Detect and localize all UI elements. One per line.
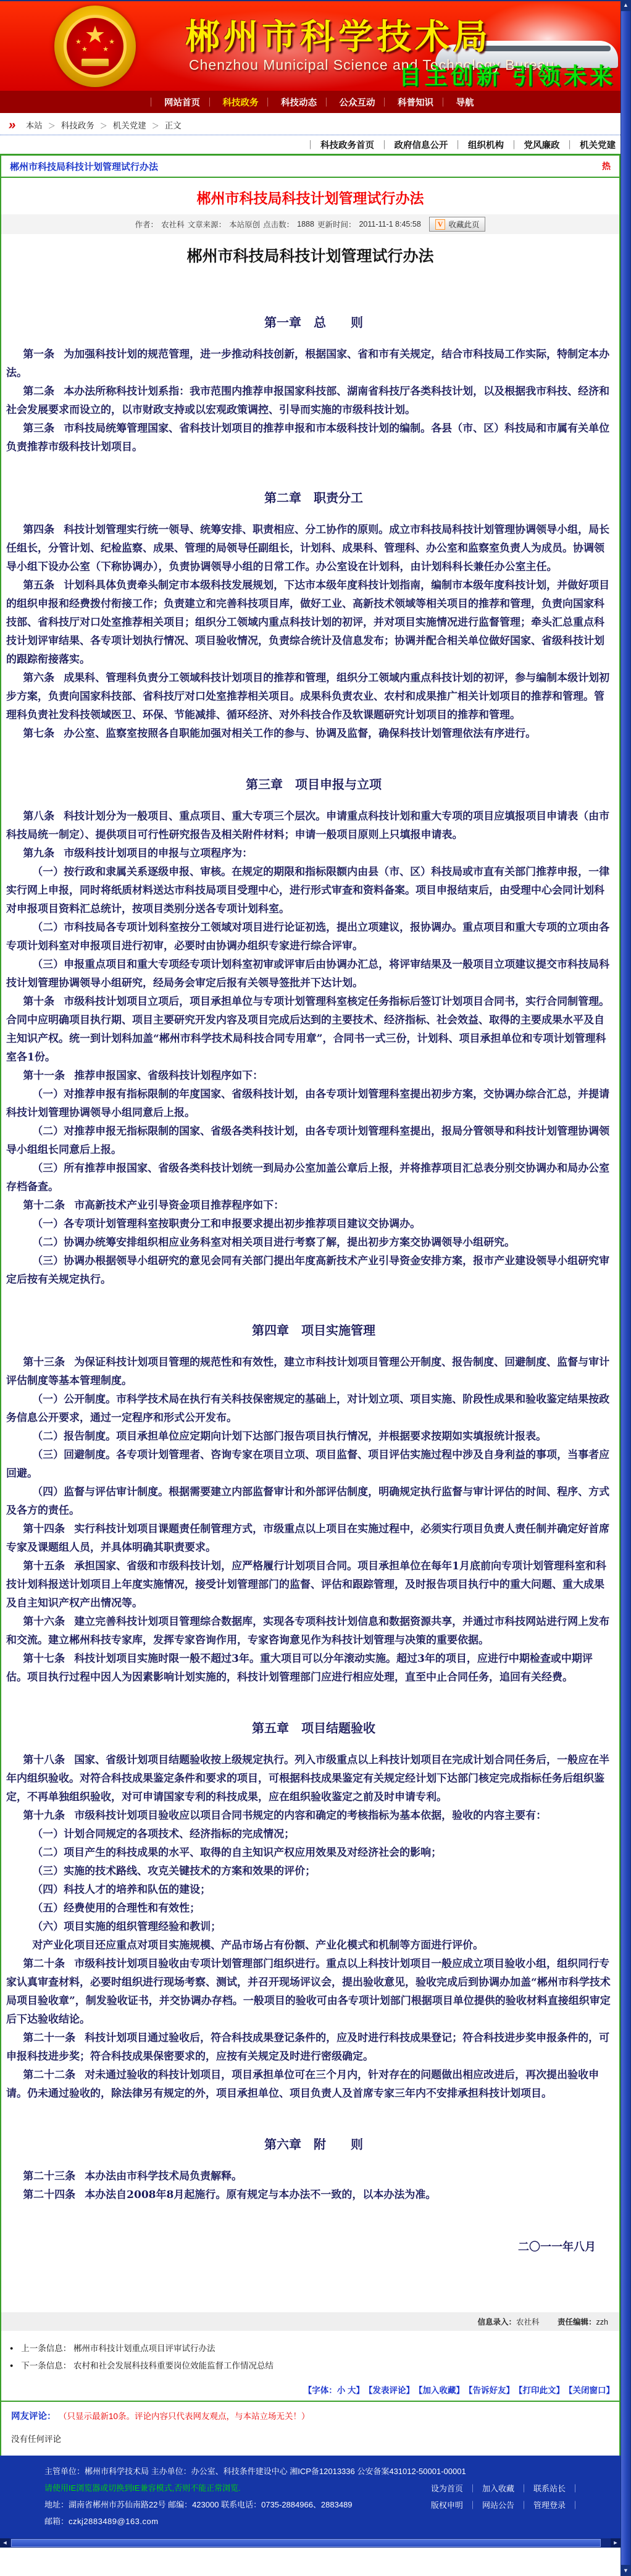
article-clause-number: 第十八条 bbox=[23, 1754, 65, 1766]
article-clause-number: 第二十条 bbox=[23, 1958, 65, 1970]
nav-item[interactable]: 网站首页 bbox=[144, 96, 203, 109]
article-block: （一）按行政和隶属关系逐级申报、审核。在规定的期限和指标限额内由县（市、区）科技… bbox=[6, 863, 612, 918]
footer-link[interactable]: 管理登录 bbox=[533, 2501, 585, 2510]
article-block: 第十九条市级科技计划项目验收应以项目合同书规定的内容和确定的考核指标为基本依据，… bbox=[6, 1806, 612, 1825]
article-block: （三）所有推荐申报国家、省级各类科技计划统一到局办公室加盖公章后上报，并将推荐项… bbox=[6, 1159, 612, 1196]
site-slogan: 自主创新 引领未来 bbox=[399, 57, 616, 91]
article-block: （二）市科技局各专项计划科室按分工领域对项目进行论证初选，提出立项建议，报协调办… bbox=[6, 918, 612, 955]
entry-value: 农社科 bbox=[516, 2318, 540, 2326]
article-block: 第四章 项目实施管理 bbox=[6, 1321, 612, 1340]
favorite-icon: V bbox=[435, 219, 446, 230]
article-clause-number: 第十一条 bbox=[23, 1070, 65, 1082]
action-link[interactable]: 【加入收藏】 bbox=[414, 2383, 464, 2396]
section-nav-item[interactable]: 科技政务首页 bbox=[301, 138, 375, 151]
article-block: 第二十三条本办法由市科学技术局负责解释。 bbox=[6, 2167, 612, 2186]
hot-badge: 热 bbox=[602, 160, 611, 172]
national-emblem-icon: ★ ★ ★ ★ ★ bbox=[54, 6, 136, 87]
article-list-title[interactable]: 郴州市科技局科技计划管理试行办法 bbox=[10, 160, 158, 173]
article-clause-text: 市级科技计划项目的申报与立项程序为： bbox=[64, 847, 253, 860]
article-block: （二）协调办统筹安排组织相应业务科室对相关项目进行考察了解，提出初步方案交协调领… bbox=[6, 1233, 612, 1252]
prev-next-label: 上一条信息： bbox=[21, 2344, 71, 2353]
article-clause-text: 成果科、管理科负责分工领域科技计划项目的推荐和管理，组织分工领域内重点科技计划的… bbox=[6, 672, 609, 721]
action-bar: 【字体：小 大】【发表评论】【加入收藏】【告诉好友】【打印此文】【关闭窗口】 bbox=[1, 2378, 619, 2402]
article-block: 第十一条推荐申报国家、省级科技计划程序如下： bbox=[6, 1067, 612, 1085]
article-clause-text: （四）科技人才的培养和队伍的建设； bbox=[32, 1884, 211, 1896]
vertical-scrollbar[interactable]: ▲ ▼ bbox=[621, 0, 631, 2576]
clicks-label: 点击数： bbox=[263, 219, 294, 230]
article-clause-text: （三）实施的技术路线、攻克关键技术的方案和效果的评价； bbox=[32, 1865, 315, 1877]
scroll-left-icon[interactable]: ◄ bbox=[0, 2538, 10, 2548]
article-clause-text: （六）项目实施的组织管理经验和教训； bbox=[32, 1921, 221, 1933]
article-clause-text: 推荐申报国家、省级科技计划程序如下： bbox=[74, 1070, 263, 1082]
article-clause-text: 第六章 附 则 bbox=[264, 2137, 363, 2152]
article-block: （一）对推荐申报有指标限制的年度国家、省级科技计划，由各专项计划管理科室提出初步… bbox=[6, 1085, 612, 1122]
prev-next-list: ● 上一条信息： 郴州市科技计划重点项目评审试行办法 ● 下一条信息： 农村和社… bbox=[1, 2331, 619, 2378]
article-clause-text: （三）申报重点项目和重大专项经专项计划科室初审或评审后由协调办汇总，将评审结果及… bbox=[6, 959, 609, 989]
article-block: 第十四条实行科技计划项目课题责任制管理方式，市级重点以上项目在实施过程中，必须实… bbox=[6, 1520, 612, 1557]
article-clause-text: （二）报告制度。项目承担单位应定期向计划下达部门报告项目执行情况，并根据要求按期… bbox=[32, 1430, 546, 1443]
article-block: 第十八条国家、省级计划项目结题验收按上级规定执行。列入市级重点以上科技计划项目在… bbox=[6, 1751, 612, 1806]
article-clause-text: 第五章 项目结题验收 bbox=[252, 1721, 375, 1735]
article-clause-text: 本办法由市科学技术局负责解释。 bbox=[85, 2170, 242, 2183]
site-title: 郴州市科学技术局 bbox=[185, 10, 491, 59]
article-clause-number: 第八条 bbox=[23, 810, 54, 823]
favorite-label: 收藏此页 bbox=[448, 219, 479, 230]
action-link[interactable]: 【字体：小 大】 bbox=[304, 2383, 364, 2396]
bullet-icon: ● bbox=[10, 2345, 13, 2351]
updated-value: 2011-11-1 8:45:58 bbox=[359, 220, 420, 229]
article-clause-text: （一）公开制度。市科学技术局在执行有关科技保密规定的基础上，对计划立项、项目实施… bbox=[6, 1393, 609, 1424]
scroll-up-icon[interactable]: ▲ bbox=[621, 0, 631, 10]
article-block: 第五章 项目结题验收 bbox=[6, 1719, 612, 1737]
article-clause-text: （二）市科技局各专项计划科室按分工领域对项目进行论证初选，提出立项建议，报协调办… bbox=[6, 921, 609, 952]
article-body: 第一章 总 则 第一条为加强科技计划的规范管理，进一步推动科技创新，根据国家、省… bbox=[1, 270, 619, 2257]
article-clause-text: （三）回避制度。各专项计划管理者、咨询专家在项目立项、项目监督、项目评估实施过程… bbox=[6, 1449, 609, 1480]
article-clause-text: （四）监督与评估审计制度。根据需要建立内部监督审计和外部评估制度，明确规定执行监… bbox=[6, 1486, 609, 1517]
comments-title: 网友评论： bbox=[11, 2412, 56, 2422]
article-block: 第八条科技计划分为一般项目、重点项目、重大专项三个层次。申请重点科技计划和重大专… bbox=[6, 807, 612, 844]
section-nav-item[interactable]: 机关党建 bbox=[560, 138, 616, 151]
article-clause-number: 第十五条 bbox=[23, 1560, 65, 1572]
article-clause-text: 第二章 职责分工 bbox=[264, 490, 363, 505]
article-block: 第二十二条对未通过验收的科技计划项目，项目承担单位可在三个月内，针对存在的问题做… bbox=[6, 2066, 612, 2103]
breadcrumb-item[interactable]: 正文 bbox=[146, 119, 182, 131]
emblem-gate bbox=[81, 59, 109, 66]
article-clause-text: 办公室、监察室按照各自职能加强对相关工作的参与、协调及监督，确保科技计划管理依法… bbox=[64, 728, 536, 740]
footer-link[interactable]: 加入收藏 bbox=[482, 2484, 533, 2493]
article-clause-text: 国家、省级计划项目结题验收按上级规定执行。列入市级重点以上科技计划项目在完成计划… bbox=[6, 1754, 609, 1803]
article-clause-number: 第二十二条 bbox=[23, 2069, 75, 2081]
action-link[interactable]: 【发表评论】 bbox=[364, 2383, 414, 2396]
article-block: （三）实施的技术路线、攻克关键技术的方案和效果的评价； bbox=[6, 1862, 612, 1881]
comments-empty: 没有任何评论 bbox=[11, 2432, 609, 2444]
article-block: 第七条办公室、监察室按照各自职能加强对相关工作的参与、协调及监督，确保科技计划管… bbox=[6, 724, 612, 743]
article-clause-text: 科技计划管理实行统一领导、统筹安排、职责相应、分工协作的原则。成立市科技局科技计… bbox=[6, 524, 609, 573]
article-clause-text: 科技计划项目通过验收后，符合科技成果登记条件的，应及时进行科技成果登记；符合科技… bbox=[6, 2032, 609, 2063]
article-clause-text: 第一章 总 则 bbox=[264, 315, 363, 330]
article-block: （三）回避制度。各专项计划管理者、咨询专家在项目立项、项目监督、项目评估实施过程… bbox=[6, 1446, 612, 1483]
article-clause-text: （三）协调办根据领导小组研究的意见会同有关部门提出年度高新技术产业引导资金安排方… bbox=[6, 1255, 609, 1286]
article-clause-text: 对未通过验收的科技计划项目，项目承担单位可在三个月内，针对存在的问题做出相应改进… bbox=[6, 2069, 599, 2100]
article-clause-text: 为加强科技计划的规范管理，进一步推动科技创新，根据国家、省和市有关规定，结合市科… bbox=[6, 348, 609, 379]
breadcrumb-items: 本站科技政务机关党建正文 bbox=[26, 119, 182, 131]
emblem-star-icon: ★ bbox=[85, 23, 106, 47]
article-block: 第十二条市高新技术产业引导资金项目推荐程序如下： bbox=[6, 1196, 612, 1215]
comments-section: 网友评论： （只显示最新10条。评论内容只代表网友观点，与本站立场无关！） 没有… bbox=[1, 2402, 619, 2456]
prev-next-label: 下一条信息： bbox=[21, 2361, 71, 2370]
article-block: 第六章 附 则 bbox=[6, 2135, 612, 2154]
emblem-star-icon: ★ bbox=[81, 46, 88, 53]
article-clause-text: 市级科技计划项目验收由专项计划管理部门组织进行。重点以上科技计划项目一般应成立项… bbox=[6, 1958, 611, 2026]
article-block: 第十七条科技计划项目实施时限一般不超过3年。重大项目可以分年滚动实施。超过3年的… bbox=[6, 1650, 612, 1687]
vertical-scrollbar-thumb[interactable] bbox=[621, 10, 631, 2566]
section-nav-item[interactable]: 党风廉政 bbox=[504, 138, 560, 151]
article-block: 第十三条为保证科技计划项目管理的规范性和有效性，建立市科技计划项目管理公开制度、… bbox=[6, 1353, 612, 1390]
document-title: 郴州市科技局科技计划管理试行办法 bbox=[1, 234, 619, 270]
emblem-star-icon: ★ bbox=[109, 39, 115, 46]
article-clause-text: （三）所有推荐申报国家、省级各类科技计划统一到局办公室加盖公章后上报，并将推荐项… bbox=[6, 1162, 609, 1193]
article-clause-text: （一）按行政和隶属关系逐级申报、审核。在规定的期限和指标限额内由县（市、区）科技… bbox=[6, 866, 609, 915]
article-block: 第二十四条本办法自2008年8月起施行。原有规定与本办法不一致的，以本办法为准。 bbox=[6, 2186, 612, 2204]
article-block: （六）项目实施的组织管理经验和教训； bbox=[6, 1918, 612, 1936]
bullet-icon: ● bbox=[10, 2362, 13, 2368]
author-value: 农社科 bbox=[161, 219, 185, 230]
article-block: 第一章 总 则 bbox=[6, 313, 612, 332]
article-title-bar: 郴州市科技局科技计划管理试行办法 热 bbox=[1, 156, 619, 178]
footer-link[interactable]: 版权申明 bbox=[431, 2501, 482, 2510]
article-clause-text: 为保证科技计划项目管理的规范性和有效性，建立市科技计划项目管理公开制度、报告制度… bbox=[6, 1356, 609, 1387]
article-clause-number: 第二十一条 bbox=[23, 2032, 75, 2044]
article-block: （三）协调办根据领导小组研究的意见会同有关部门提出年度高新技术产业引导资金安排方… bbox=[6, 1252, 612, 1289]
emblem-star-icon: ★ bbox=[102, 46, 109, 53]
article-clause-text: 科技计划项目实施时限一般不超过3年。重大项目可以分年滚动实施。超过3年的项目，应… bbox=[6, 1653, 593, 1684]
footer-link[interactable]: 联系站长 bbox=[533, 2484, 585, 2493]
emblem-star-icon: ★ bbox=[75, 39, 81, 46]
article-clause-number: 第三条 bbox=[23, 422, 54, 435]
article-block: 二〇一一年八月 bbox=[6, 2238, 612, 2257]
footer-link[interactable]: 设为首页 bbox=[431, 2484, 482, 2493]
article-meta: 作者：农社科 文章来源：本站原创 点击数：1888 更新时间：2011-11-1… bbox=[1, 214, 619, 234]
author-label: 作者： bbox=[135, 219, 159, 230]
article-clause-text: （二）协调办统筹安排组织相应业务科室对相关项目进行考察了解，提出初步方案交协调领… bbox=[32, 1236, 515, 1249]
article-clause-text: 二〇一一年八月 bbox=[518, 2241, 596, 2254]
article-clause-text: 承担国家、省级和市级科技计划，应严格履行计划项目合同。项目承担单位在每年1月底前… bbox=[6, 1560, 606, 1609]
article-clause-text: （五）经费使用的合理性和有效性； bbox=[32, 1902, 200, 1915]
article-block: 第三条市科技局统筹管理国家、省科技计划项目的推荐申报和市本级科技计划的编制。各县… bbox=[6, 419, 612, 456]
nav-item[interactable]: 科普知识 bbox=[378, 96, 437, 109]
footer-links: 设为首页加入收藏联系站长 版权申明网站公告管理登录 bbox=[431, 2480, 585, 2514]
article-clause-number: 第一条 bbox=[23, 348, 54, 361]
article-block: 第九条市级科技计划项目的申报与立项程序为： bbox=[6, 844, 612, 863]
main-nav: 网站首页 科技政务 科技动态 公众互动 科普知识 导航 bbox=[0, 91, 621, 113]
article-block: 第六条成果科、管理科负责分工领域科技计划项目的推荐和管理，组织分工领域内重点科技… bbox=[6, 669, 612, 724]
article-block: 第二十一条科技计划项目通过验收后，符合科技成果登记条件的，应及时进行科技成果登记… bbox=[6, 2029, 612, 2066]
article-clause-text: 市高新技术产业引导资金项目推荐程序如下： bbox=[74, 1199, 284, 1212]
article-clause-text: （一）对推荐申报有指标限制的年度国家、省级科技计划，由各专项计划管理科室提出初步… bbox=[6, 1088, 609, 1119]
clicks-value: 1888 bbox=[297, 220, 314, 229]
article-clause-text: 建立完善科技计划项目管理综合数据库，实现各专项科技计划信息和数据资源共享，并通过… bbox=[6, 1616, 609, 1647]
page: ▲ ▼ ★ ★ ★ ★ ★ 郴州市科学技术 bbox=[0, 0, 631, 2576]
nav-item[interactable]: 公众互动 bbox=[319, 96, 378, 109]
section-nav-item[interactable]: 政府信息公开 bbox=[374, 138, 448, 151]
footer-line1: 主管单位：郴州市科学技术局 主办单位：办公室、科技条件建设中心 湘ICP备120… bbox=[44, 2463, 621, 2480]
horizontal-scrollbar-thumb[interactable] bbox=[11, 2539, 601, 2547]
footer-link[interactable]: 网站公告 bbox=[482, 2501, 533, 2510]
action-link[interactable]: 【打印此文】 bbox=[514, 2383, 564, 2396]
article-clause-text: 计划科具体负责牵头制定市本级科技发展规划，下达市本级年度科技计划指南，编制市本级… bbox=[6, 579, 609, 666]
article-block: （一）公开制度。市科学技术局在执行有关科技保密规定的基础上，对计划立项、项目实施… bbox=[6, 1390, 612, 1427]
article-block: 第五条计划科具体负责牵头制定市本级科技发展规划，下达市本级年度科技计划指南，编制… bbox=[6, 576, 612, 669]
page-title: 郴州市科技局科技计划管理试行办法 bbox=[1, 178, 619, 214]
breadcrumb: » 本站科技政务机关党建正文 bbox=[0, 115, 621, 135]
article-block: （一）计划合同规定的各项技术、经济指标的完成情况； bbox=[6, 1825, 612, 1844]
footer-links-row2: 版权申明网站公告管理登录 bbox=[431, 2497, 585, 2514]
article-block: 第十五条承担国家、省级和市级科技计划，应严格履行计划项目合同。项目承担单位在每年… bbox=[6, 1557, 612, 1613]
prev-next-link[interactable]: 郴州市科技计划重点项目评审试行办法 bbox=[73, 2344, 215, 2353]
site-banner: ★ ★ ★ ★ ★ 郴州市科学技术局 Chenzhou Municipal Sc… bbox=[0, 1, 621, 91]
editor-strip: 信息录入：农社科 责任编辑：zzh bbox=[1, 2312, 619, 2331]
content-area: 郴州市科技局科技计划管理试行办法 热 郴州市科技局科技计划管理试行办法 作者：农… bbox=[0, 156, 621, 2456]
footer-links-row1: 设为首页加入收藏联系站长 bbox=[431, 2480, 585, 2497]
article-clause-number: 第二十三条 bbox=[23, 2170, 75, 2183]
article-block: 第一条为加强科技计划的规范管理，进一步推动科技创新，根据国家、省和市有关规定，结… bbox=[6, 345, 612, 382]
article-clause-text: （一）各专项计划管理科室按职责分工和申报要求提出初步推荐项目建议交协调办。 bbox=[32, 1218, 420, 1230]
article-clause-number: 第十九条 bbox=[23, 1810, 65, 1822]
breadcrumb-marker-icon: » bbox=[7, 119, 17, 132]
article-clause-number: 第十二条 bbox=[23, 1199, 65, 1212]
site-footer: 主管单位：郴州市科学技术局 主办单位：办公室、科技条件建设中心 湘ICP备120… bbox=[0, 2456, 621, 2538]
article-clause-text: 市级科技计划项目立项后，项目承担单位与专项计划管理科室核定任务指标后签订计划项目… bbox=[6, 996, 609, 1064]
prev-next-item[interactable]: ● 下一条信息： 农村和社会发展科技科重要岗位效能监督工作情况总结 bbox=[10, 2359, 611, 2371]
article-block: 对产业化项目还应重点对项目实施规模、产品市场占有份额、产业化模式和机制等方面进行… bbox=[6, 1936, 612, 1955]
article-clause-number: 第六条 bbox=[23, 672, 54, 684]
scroll-right-icon[interactable]: ► bbox=[611, 2538, 621, 2548]
article-block: 第二十条市级科技计划项目验收由专项计划管理部门组织进行。重点以上科技计划项目一般… bbox=[6, 1955, 612, 2029]
article-block: 第十条市级科技计划项目立项后，项目承担单位与专项计划管理科室核定任务指标后签订计… bbox=[6, 992, 612, 1067]
updated-label: 更新时间： bbox=[317, 219, 356, 230]
article-block: （三）申报重点项目和重大专项经专项计划科室初审或评审后由协调办汇总，将评审结果及… bbox=[6, 955, 612, 992]
article-block: 第四条科技计划管理实行统一领导、统筹安排、职责相应、分工协作的原则。成立市科技局… bbox=[6, 521, 612, 576]
article-clause-text: 科技计划分为一般项目、重点项目、重大专项三个层次。申请重点科技计划和重大专项的项… bbox=[6, 810, 609, 841]
breadcrumb-item[interactable]: 机关党建 bbox=[94, 119, 146, 131]
nav-item[interactable]: 导航 bbox=[436, 96, 477, 109]
source-value: 本站原创 bbox=[229, 219, 260, 230]
article-block: （五）经费使用的合理性和有效性； bbox=[6, 1899, 612, 1918]
article-clause-number: 第十条 bbox=[23, 996, 54, 1008]
article-clause-number: 第十三条 bbox=[23, 1356, 65, 1369]
action-link[interactable]: 【关闭窗口】 bbox=[564, 2383, 614, 2396]
article-clause-number: 第九条 bbox=[23, 847, 54, 860]
scroll-down-icon[interactable]: ▼ bbox=[621, 2566, 631, 2576]
article-block: 第二章 职责分工 bbox=[6, 489, 612, 507]
article-block: （二）对推荐申报无指标限制的国家、省级各类科技计划，由各专项计划管理科室提出，报… bbox=[6, 1122, 612, 1159]
emblem-inner: ★ ★ ★ ★ ★ bbox=[64, 15, 127, 78]
article-block: （四）科技人才的培养和队伍的建设； bbox=[6, 1881, 612, 1899]
article-clause-text: （一）计划合同规定的各项技术、经济指标的完成情况； bbox=[32, 1828, 295, 1840]
article-block: 第二条本办法所称科技计划系指：我市范围内推荐申报国家科技部、湖南省科技厅各类科技… bbox=[6, 382, 612, 419]
article-clause-text: 本办法自2008年8月起施行。原有规定与本办法不一致的，以本办法为准。 bbox=[85, 2189, 436, 2201]
article-clause-text: （二）项目产生的科技成果的水平、取得的自主知识产权应用效果及对经济社会的影响； bbox=[32, 1847, 441, 1859]
article-clause-number: 第二十四条 bbox=[23, 2189, 75, 2201]
train-windows bbox=[475, 46, 611, 51]
breadcrumb-item[interactable]: 本站 bbox=[26, 119, 43, 131]
editor-label: 责任编辑： bbox=[558, 2318, 596, 2326]
section-nav: 科技政务首页政府信息公开组织机构党风廉政机关党建 bbox=[0, 135, 621, 154]
prev-next-item[interactable]: ● 上一条信息： 郴州市科技计划重点项目评审试行办法 bbox=[10, 2341, 611, 2354]
article-block: （二）报告制度。项目承担单位应定期向计划下达部门报告项目执行情况，并根据要求按期… bbox=[6, 1427, 612, 1446]
article-clause-number: 第十七条 bbox=[23, 1653, 65, 1665]
favorite-button[interactable]: V 收藏此页 bbox=[429, 217, 486, 232]
article-clause-number: 第五条 bbox=[23, 579, 54, 592]
article-clause-text: 实行科技计划项目课题责任制管理方式，市级重点以上项目在实施过程中，必须实行项目负… bbox=[6, 1523, 609, 1554]
main-column: ★ ★ ★ ★ ★ 郴州市科学技术局 Chenzhou Municipal Sc… bbox=[0, 0, 621, 2548]
article-block: （二）项目产生的科技成果的水平、取得的自主知识产权应用效果及对经济社会的影响； bbox=[6, 1844, 612, 1862]
article-block: （一）各专项计划管理科室按职责分工和申报要求提出初步推荐项目建议交协调办。 bbox=[6, 1215, 612, 1233]
article-clause-number: 第四条 bbox=[23, 524, 54, 536]
article-block: （四）监督与评估审计制度。根据需要建立内部监督审计和外部评估制度，明确规定执行监… bbox=[6, 1483, 612, 1520]
action-link[interactable]: 【告诉好友】 bbox=[464, 2383, 514, 2396]
comments-note: （只显示最新10条。评论内容只代表网友观点，与本站立场无关！） bbox=[59, 2412, 310, 2421]
footer-email-link[interactable]: czkj2883489@163.com bbox=[69, 2517, 159, 2526]
article-clause-text: 市级科技计划项目验收应以项目合同书规定的内容和确定的考核指标为基本依据，验收的内… bbox=[74, 1810, 546, 1822]
article-clause-number: 第十四条 bbox=[23, 1523, 65, 1535]
nav-item[interactable]: 科技动态 bbox=[261, 96, 320, 109]
article-clause-number: 第二条 bbox=[23, 385, 54, 398]
horizontal-scrollbar[interactable]: ◄ ► bbox=[0, 2538, 621, 2548]
article-clause-text: 市科技局统筹管理国家、省科技计划项目的推荐申报和市本级科技计划的编制。各县（市、… bbox=[6, 422, 609, 453]
article-clause-text: （二）对推荐申报无指标限制的国家、省级各类科技计划，由各专项计划管理科室提出，报… bbox=[6, 1125, 609, 1156]
article-block: 第十六条建立完善科技计划项目管理综合数据库，实现各专项科技计划信息和数据资源共享… bbox=[6, 1613, 612, 1650]
article-clause-number: 第十六条 bbox=[23, 1616, 65, 1628]
article-clause-text: 对产业化项目还应重点对项目实施规模、产品市场占有份额、产业化模式和机制等方面进行… bbox=[32, 1939, 483, 1952]
article-clause-text: 第三章 项目申报与立项 bbox=[246, 777, 382, 792]
section-nav-item[interactable]: 组织机构 bbox=[448, 138, 504, 151]
breadcrumb-item[interactable]: 科技政务 bbox=[43, 119, 94, 131]
footer-email-label: 邮箱： bbox=[44, 2517, 69, 2526]
entry-label: 信息录入： bbox=[478, 2318, 517, 2326]
source-label: 文章来源： bbox=[188, 219, 227, 230]
editor-value: zzh bbox=[596, 2318, 608, 2326]
prev-next-link[interactable]: 农村和社会发展科技科重要岗位效能监督工作情况总结 bbox=[73, 2361, 274, 2370]
article-clause-text: 本办法所称科技计划系指：我市范围内推荐申报国家科技部、湖南省科技厅各类科技计划，… bbox=[6, 385, 609, 416]
article-clause-text: 第四章 项目实施管理 bbox=[252, 1323, 375, 1338]
nav-item[interactable]: 科技政务 bbox=[203, 96, 261, 109]
article-block: 第三章 项目申报与立项 bbox=[6, 775, 612, 794]
article-clause-number: 第七条 bbox=[23, 728, 54, 740]
